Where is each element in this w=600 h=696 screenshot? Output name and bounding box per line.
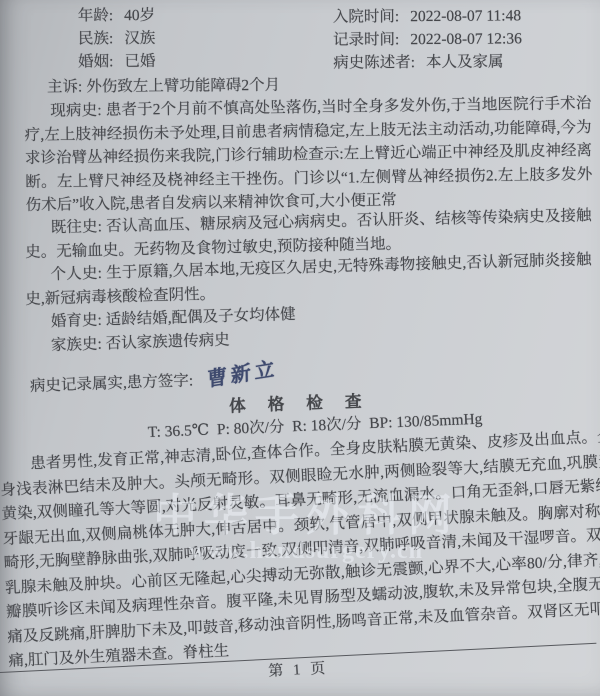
family-history-text: 否认家族遗传病史 <box>105 331 229 352</box>
marriage-history-label: 婚育史: <box>51 312 102 330</box>
record-page: 年龄:40岁 民族:汉族 婚姻:已婚 入院时间:2022-08-07 11:48… <box>0 0 600 696</box>
marriage-history-text: 适龄结婚,配偶及子女均体健 <box>106 306 296 329</box>
physical-exam-text: 患者男性,发育正常,神志清,卧位,查体合作。全身皮肤粘膜无黄染、皮疹及出血点。全… <box>0 425 600 678</box>
present-illness-label: 现病史: <box>50 101 102 119</box>
patient-signature-handwriting: 曹新立 <box>207 355 279 395</box>
ethnicity-value: 汉族 <box>124 30 155 47</box>
record-header: 年龄:40岁 民族:汉族 婚姻:已婚 入院时间:2022-08-07 11:48… <box>0 1 600 75</box>
patient-info-column: 年龄:40岁 民族:汉族 婚姻:已婚 <box>78 4 156 74</box>
history-narrator-value: 本人及家属 <box>426 53 504 71</box>
medical-record-photo: 年龄:40岁 民族:汉族 婚姻:已婚 入院时间:2022-08-07 11:48… <box>0 0 600 696</box>
marital-status-label: 婚姻: <box>78 53 113 70</box>
age-value: 40岁 <box>124 7 155 24</box>
personal-history-label: 个人史: <box>50 265 102 283</box>
signature-statement: 病史记录属实,患方签字: <box>30 372 194 395</box>
admission-info-column: 入院时间:2022-08-07 11:48 记录时间:2022-08-07 12… <box>333 4 522 74</box>
marital-status-row: 婚姻:已婚 <box>78 50 155 74</box>
record-time-row: 记录时间:2022-08-07 12:36 <box>333 27 522 51</box>
present-illness-text: 患者于2个月前不慎高处坠落伤,当时全身多发外伤,于当地医院行手术治疗,左上肢神经… <box>25 95 593 214</box>
family-history-label: 家族史: <box>51 335 102 354</box>
admission-time-value: 2022-08-07 11:48 <box>410 7 521 25</box>
record-time-value: 2022-08-07 12:36 <box>410 30 522 48</box>
ethnicity-label: 民族: <box>78 30 113 47</box>
age-label: 年龄: <box>78 7 113 24</box>
present-illness: 现病史:患者于2个月前不慎高处坠落伤,当时全身多发外伤,于当地医院行手术治疗,左… <box>24 92 593 217</box>
age-row: 年龄:40岁 <box>78 4 155 28</box>
past-history-label: 既往史: <box>51 218 103 236</box>
admission-time-row: 入院时间:2022-08-07 11:48 <box>333 4 522 28</box>
marital-status-value: 已婚 <box>124 53 155 70</box>
history-narrator-label: 病史陈述者: <box>333 54 415 72</box>
chief-complaint-text: 外伤致左上臂功能障碍2个月 <box>86 77 280 96</box>
record-time-label: 记录时间: <box>333 31 399 48</box>
ethnicity-row: 民族:汉族 <box>78 27 155 51</box>
chief-complaint-label: 主诉: <box>47 79 82 96</box>
admission-time-label: 入院时间: <box>333 8 399 25</box>
